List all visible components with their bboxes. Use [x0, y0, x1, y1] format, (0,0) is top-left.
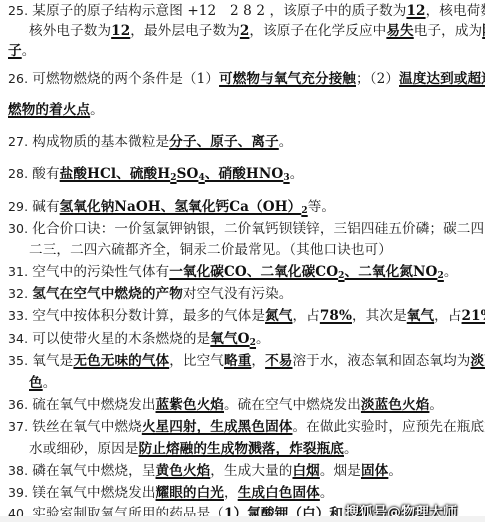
item-number: 28.	[8, 166, 32, 181]
answer-text: 淡蓝色火焰	[361, 397, 429, 413]
answer-text: 略重	[224, 353, 251, 369]
answer-text: 温度达到或超过可	[399, 71, 485, 87]
body-text: 硫在氧气中燃烧发出	[32, 397, 155, 413]
body-text: 二三，二四六硫都齐全，铜汞二价最常见。（其他口诀也可）	[29, 242, 392, 258]
body-text: 构成物质的基本微粒是	[32, 134, 169, 150]
body-text: 。	[22, 43, 36, 59]
answer-text: 一氧化碳CO、二氧化碳CO	[169, 264, 338, 280]
item-number: 27.	[8, 134, 32, 149]
item-number: 30.	[8, 221, 32, 236]
body-text: 电子，成为	[414, 23, 482, 39]
body-text: 氧气是	[32, 353, 73, 369]
item-26-line-2: 燃物的着火点。	[8, 101, 104, 119]
answer-text: 易失	[386, 23, 413, 39]
item-number: 33.	[8, 308, 32, 323]
item-35-line-2: 色。	[29, 374, 56, 392]
body-text: 。	[344, 441, 358, 457]
body-text: ，	[224, 485, 238, 501]
item-26-line-1: 26. 可燃物燃烧的两个条件是（1）可燃物与氧气充分接触；（2）温度达到或超过可	[8, 70, 485, 88]
item-number: 25.	[8, 3, 32, 18]
body-text: 铁丝在氧气中燃烧	[32, 419, 142, 435]
body-text: 氢气	[32, 286, 59, 302]
item-35-line-1: 35. 氧气是无色无味的气体，比空气略重，不易溶于水，液态氧和固态氧均为淡蓝	[8, 352, 485, 370]
item-29-line-1: 29. 碱有氢氧化钠NaOH、氢氧化钙Ca（OH）2等。	[8, 198, 335, 216]
body-text: 。	[43, 375, 57, 391]
body-text: ；（2）	[356, 71, 399, 87]
item-25-line-2: 核外电子数为12，最外层电子数为2，该原子在化学反应中易失电子，成为阳离	[29, 22, 485, 40]
item-number: 39.	[8, 485, 32, 500]
answer-text: 分子、原子、离子	[169, 134, 279, 150]
body-text: 镁在氧气中燃烧发出	[32, 485, 155, 501]
item-37-line-1: 37. 铁丝在氧气中燃烧火星四射，生成黑色固体。在做此实验时，应预先在瓶底放	[8, 418, 485, 436]
answer-text: 氢氧化钠NaOH、氢氧化钙Ca（OH）	[60, 199, 302, 215]
bottom-edge	[0, 516, 485, 522]
body-text: 。硫在空气中燃烧发出	[224, 397, 361, 413]
answer-text: 21%	[462, 308, 485, 324]
body-text: 化合价口诀：一价氢氯钾钠银，二价氧钙钡镁锌，三铝四硅五价磷；碳二四，铁	[32, 221, 485, 237]
answer-text: 子	[8, 43, 22, 59]
item-number: 38.	[8, 463, 32, 478]
body-text: 酸有	[32, 166, 59, 182]
document-page: 25. 某原子的原子结构示意图 +12 2 8 2 ，该原子中的质子数为12，核…	[0, 0, 485, 522]
body-text: 空气中按体积分数计算，最多的气体是	[32, 308, 265, 324]
item-number: 32.	[8, 286, 32, 301]
answer-text: 蓝紫色火焰	[156, 397, 224, 413]
item-25-line-1: 25. 某原子的原子结构示意图 +12 2 8 2 ，该原子中的质子数为12，核…	[8, 2, 485, 20]
item-28-line-1: 28. 酸有盐酸HCl、硫酸H2SO4、硝酸HNO3。	[8, 165, 303, 183]
item-number: 26.	[8, 71, 32, 86]
answer-text: 78%	[320, 308, 352, 324]
answer-text: 、硝酸HNO	[205, 166, 284, 182]
answer-text: 燃物的着火点	[8, 102, 90, 118]
body-text: 。	[429, 397, 443, 413]
answer-text: 12	[406, 3, 425, 19]
body-text: 可以使带火星的木条燃烧的是	[32, 331, 210, 347]
item-number: 31.	[8, 264, 32, 279]
item-39-line-1: 39. 镁在氧气中燃烧发出耀眼的白光，生成白色固体。	[8, 484, 334, 502]
body-text: 。	[388, 463, 402, 479]
answer-text: 氧气O	[210, 331, 249, 347]
body-text: 。	[444, 264, 458, 280]
body-text: 在空气中燃烧的产物	[60, 286, 183, 302]
body-text: 可燃物燃烧的两个条件是（1）	[32, 71, 219, 87]
body-text: 水或细砂，原因是	[29, 441, 139, 457]
answer-text: 2	[240, 23, 250, 39]
item-number: 36.	[8, 397, 32, 412]
item-36-line-1: 36. 硫在氧气中燃烧发出蓝紫色火焰。硫在空气中燃烧发出淡蓝色火焰。	[8, 396, 443, 414]
body-text: 。	[256, 331, 270, 347]
answer-text: 、二氧化氮NO	[345, 264, 438, 280]
item-38-line-1: 38. 磷在氧气中燃烧，呈黄色火焰，生成大量的白烟。烟是固体。	[8, 462, 402, 480]
item-37-line-2: 水或细砂，原因是防止熔融的生成物溅落，炸裂瓶底。	[29, 440, 358, 458]
answer-text: 黄色火焰	[156, 463, 211, 479]
item-34-line-1: 34. 可以使带火星的木条燃烧的是氧气O2。	[8, 330, 270, 348]
body-text: 。在做此实验时，应预先在瓶底放	[292, 419, 485, 435]
answer-text: 12	[111, 23, 130, 39]
body-text: 。	[320, 485, 334, 501]
body-text: ，最外层电子数为	[130, 23, 240, 39]
body-text: 。烟是	[320, 463, 361, 479]
item-number: 35.	[8, 353, 32, 368]
body-text: ，占	[434, 308, 461, 324]
answer-text: 盐酸HCl、硫酸H	[60, 166, 171, 182]
answer-text: 防止熔融的生成物溅落，炸裂瓶底	[139, 441, 344, 457]
answer-text: 氮气	[265, 308, 292, 324]
body-text: 。	[279, 134, 293, 150]
body-text: 核外电子数为	[29, 23, 111, 39]
body-text: ，核电荷数为	[426, 3, 485, 19]
body-text: ，生成大量的	[210, 463, 292, 479]
item-number: 34.	[8, 331, 32, 346]
item-25-line-3: 子。	[8, 42, 35, 60]
body-text: 碱有	[32, 199, 59, 215]
item-30-line-1: 30. 化合价口诀：一价氢氯钾钠银，二价氧钙钡镁锌，三铝四硅五价磷；碳二四，铁	[8, 220, 485, 238]
answer-text: 色	[29, 375, 43, 391]
item-number: 29.	[8, 199, 32, 214]
body-text: 空气中的污染性气体有	[32, 264, 169, 280]
answer-text: 生成白色固体	[238, 485, 320, 501]
body-text: 对空气没有污染。	[183, 286, 293, 302]
body-text: 。	[90, 102, 104, 118]
answer-text: 可燃物与氧气充分接触	[219, 71, 356, 87]
answer-text: 淡蓝	[471, 353, 485, 369]
item-33-line-1: 33. 空气中按体积分数计算，最多的气体是氮气，占78%，其次是氧气，占21%。	[8, 307, 485, 325]
body-text: 等。	[308, 199, 335, 215]
item-27-line-1: 27. 构成物质的基本微粒是分子、原子、离子。	[8, 133, 292, 151]
item-30-line-2: 二三，二四六硫都齐全，铜汞二价最常见。（其他口诀也可）	[29, 241, 392, 259]
answer-text: 火星四射，生成黑色固体	[142, 419, 293, 435]
answer-text: SO	[177, 166, 199, 182]
answer-text: 固体	[361, 463, 388, 479]
body-text: 磷在氧气中燃烧，呈	[32, 463, 155, 479]
body-text: ，该原子在化学反应中	[249, 23, 386, 39]
body-text: 。	[290, 166, 304, 182]
body-text: ，比空气	[169, 353, 224, 369]
body-text: ，	[251, 353, 265, 369]
item-31-line-1: 31. 空气中的污染性气体有一氧化碳CO、二氧化碳CO2、二氧化氮NO2。	[8, 263, 458, 281]
answer-text: 白烟	[292, 463, 319, 479]
answer-text: 氧气	[407, 308, 434, 324]
item-number: 37.	[8, 419, 32, 434]
body-text: ，其次是	[352, 308, 407, 324]
body-text: 某原子的原子结构示意图 +12 2 8 2 ，该原子中的质子数为	[32, 3, 406, 19]
body-text: 溶于水，液态氧和固态氧均为	[292, 353, 470, 369]
answer-text: 不易	[265, 353, 292, 369]
answer-text: 无色无味的气体	[73, 353, 169, 369]
answer-text: 耀眼的白光	[156, 485, 224, 501]
body-text: ，占	[292, 308, 319, 324]
item-32-line-1: 32. 氢气在空气中燃烧的产物对空气没有污染。	[8, 285, 292, 303]
